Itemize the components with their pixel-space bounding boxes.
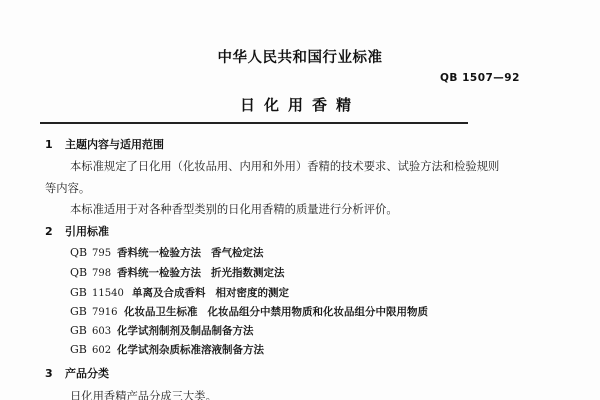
reference-item: GB7916化妆品卫生标准化妆品组分中禁用物质和化妆品组分中限用物质 bbox=[70, 304, 428, 319]
section-3-heading: 3产品分类 bbox=[45, 365, 109, 381]
section-title: 主题内容与适用范围 bbox=[65, 138, 164, 151]
ref-title: 化学试剂制剂及制品制备方法 bbox=[117, 325, 254, 337]
ref-subtitle: 香气检定法 bbox=[211, 247, 264, 259]
ref-subtitle: 折光指数测定法 bbox=[211, 267, 285, 279]
issuing-organization: 中华人民共和国行业标准 bbox=[0, 46, 600, 67]
ref-prefix: GB bbox=[70, 305, 92, 318]
reference-item: QB795香料统一检验方法香气检定法 bbox=[70, 245, 264, 260]
paragraph: 本标准规定了日化用（化妆品用、内用和外用）香精的技术要求、试验方法和检验规则 bbox=[70, 158, 499, 174]
section-number: 1 bbox=[45, 138, 65, 151]
reference-item: QB798香料统一检验方法折光指数测定法 bbox=[70, 265, 285, 280]
section-2-heading: 2引用标准 bbox=[45, 223, 109, 239]
section-title: 引用标准 bbox=[65, 225, 109, 238]
ref-number: 795 bbox=[92, 248, 117, 259]
ref-title: 香料统一检验方法 bbox=[117, 247, 201, 259]
ref-prefix: GB bbox=[70, 343, 92, 356]
ref-number: 602 bbox=[92, 345, 117, 356]
reference-item: GB602化学试剂杂质标准溶液制备方法 bbox=[70, 342, 264, 357]
ref-title: 化学试剂杂质标准溶液制备方法 bbox=[117, 344, 264, 356]
ref-number: 11540 bbox=[92, 288, 132, 299]
ref-number: 7916 bbox=[92, 307, 124, 318]
document-title: 日化用香精 bbox=[0, 94, 600, 115]
ref-title: 化妆品卫生标准 bbox=[124, 306, 198, 318]
ref-prefix: GB bbox=[70, 286, 92, 299]
title-divider bbox=[40, 122, 468, 124]
ref-prefix: QB bbox=[70, 246, 92, 259]
section-number: 2 bbox=[45, 225, 65, 238]
section-1-heading: 1主题内容与适用范围 bbox=[45, 136, 164, 152]
ref-number: 603 bbox=[92, 326, 117, 337]
ref-title: 香料统一检验方法 bbox=[117, 267, 201, 279]
reference-item: GB11540单离及合成香料相对密度的测定 bbox=[70, 285, 289, 300]
ref-subtitle: 化妆品组分中禁用物质和化妆品组分中限用物质 bbox=[208, 306, 429, 318]
ref-prefix: QB bbox=[70, 266, 92, 279]
paragraph: 日化用香精产品分成三大类。 bbox=[70, 388, 217, 400]
standard-code: QB 1507—92 bbox=[440, 72, 520, 84]
reference-item: GB603化学试剂制剂及制品制备方法 bbox=[70, 323, 254, 338]
ref-number: 798 bbox=[92, 268, 117, 279]
paragraph: 本标准适用于对各种香型类别的日化用香精的质量进行分析评价。 bbox=[70, 201, 398, 217]
ref-prefix: GB bbox=[70, 324, 92, 337]
ref-title: 单离及合成香料 bbox=[132, 287, 206, 299]
section-title: 产品分类 bbox=[65, 367, 109, 380]
section-number: 3 bbox=[45, 367, 65, 380]
paragraph: 等内容。 bbox=[45, 180, 90, 196]
ref-subtitle: 相对密度的测定 bbox=[216, 287, 290, 299]
